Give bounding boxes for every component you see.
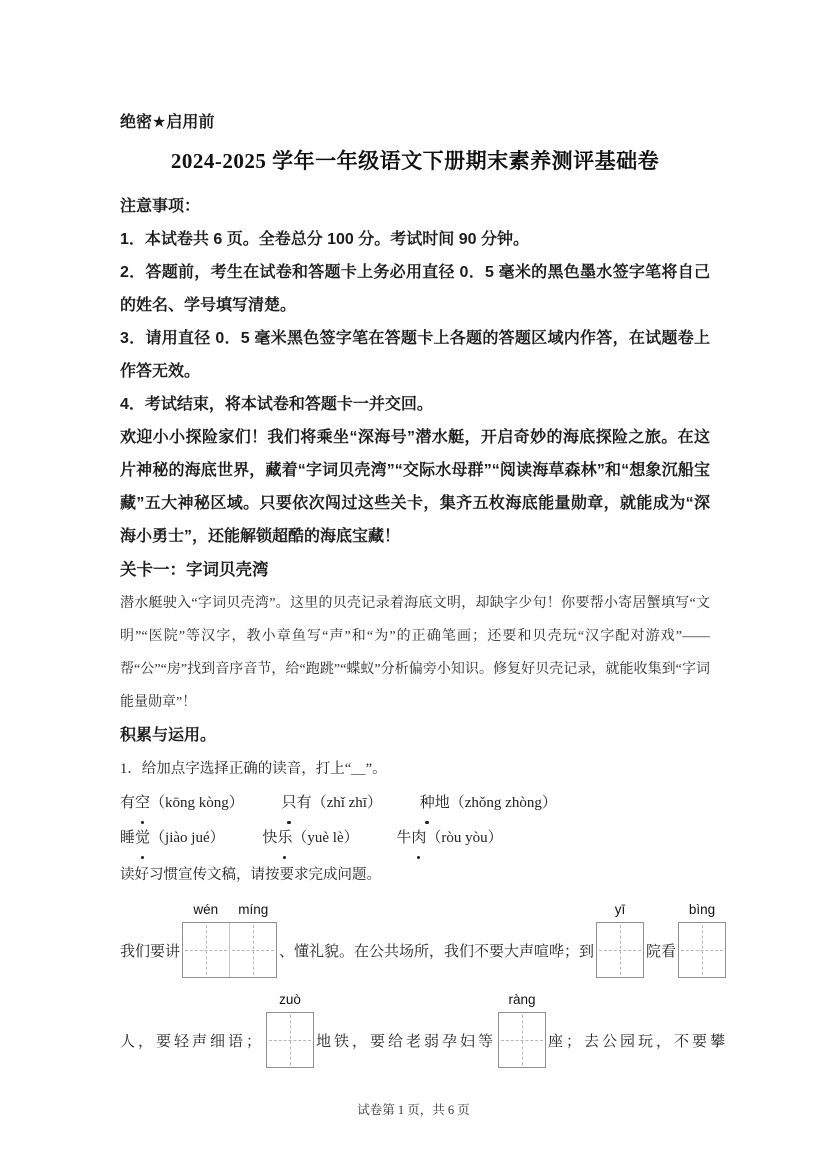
dotted-char: 只 [282,786,297,821]
page-footer: 试卷第 1 页，共 6 页 [0,1100,827,1118]
intro-paragraph: 欢迎小小探险家们！我们将乘坐“深海号”潜水艇，开启奇妙的海底探险之旅。在这片神秘… [120,421,710,553]
text-segment: 院看 [646,940,676,961]
writing-box-wenming[interactable]: wénmíng [182,922,277,978]
tianzige-grid [596,922,644,978]
tianzige-grid [182,922,277,978]
text-segment: 我们要讲 [120,940,180,961]
dotted-char: 空 [135,786,150,821]
notice-item-3: 3．请用直径 0．5 毫米黑色签字笔在答题卡上各题的答题区域内作答，在试题卷上作… [120,322,710,388]
writing-cell [499,1013,545,1067]
dotted-char: 种 [420,786,435,821]
writing-box-bing[interactable]: bìng [678,922,726,978]
word-text: 有 [120,795,135,811]
writing-box-rang[interactable]: ràng [498,1012,546,1068]
pinyin-options: （jiào jué） [150,830,225,846]
writing-cell [183,923,229,977]
pinyin-label-group: yī [596,902,644,918]
pinyin-label: yī [596,902,644,918]
pinyin-label-group: zuò [266,992,314,1008]
notice-heading: 注意事项： [120,190,710,223]
pinyin-options: （ròu yòu） [426,830,502,846]
classification-label: 绝密★启用前 [120,112,710,134]
writing-cell [597,923,643,977]
exam-page: 绝密★启用前 2024-2025 学年一年级语文下册期末素养测评基础卷 注意事项… [0,0,827,1169]
pinyin-label: zuò [266,992,314,1008]
dotted-char: 觉 [135,821,150,856]
word-text: 地 [435,795,450,811]
writing-box-yi[interactable]: yī [596,922,644,978]
pinyin-options: （zhǒng zhòng） [450,795,557,811]
word-text: 牛 [396,830,411,846]
writing-cell [267,1013,313,1067]
tianzige-grid [266,1012,314,1068]
writing-cell [679,923,725,977]
tianzige-grid [498,1012,546,1068]
pinyin-options: （kōng kòng） [150,795,244,811]
pinyin-options: （zhǐ zhī） [312,795,382,811]
text-segment: 、懂礼貌。在公共场所，我们不要大声喧哗；到 [279,940,594,961]
pinyin-choice-item: 种地（zhǒng zhòng） [420,786,557,821]
pinyin-choice-item: 只有（zhǐ zhī） [282,786,382,821]
exam-title: 2024-2025 学年一年级语文下册期末素养测评基础卷 [120,146,710,176]
writing-cell [229,923,276,977]
pinyin-label: ràng [498,992,546,1008]
writing-box-zuo[interactable]: zuò [266,1012,314,1068]
pinyin-label: bìng [678,902,726,918]
fill-in-line-2: 人，要轻声细语； zuò 地铁，要给老弱孕妇等 ràng 座；去公园玩，不要攀 [120,1012,710,1068]
section1-heading: 关卡一：字词贝壳湾 [120,553,710,587]
pinyin-choice-item: 牛肉（ròu yòu） [396,821,502,856]
question1-row-1: 有空（kōng kòng） 只有（zhǐ zhī） 种地（zhǒng zhòng… [120,786,710,821]
question1-prompt: 1．给加点字选择正确的读音，打上“＿”。 [120,753,710,786]
pinyin-label-group: bìng [678,902,726,918]
notice-item-1: 1．本试卷共 6 页。全卷总分 100 分。考试时间 90 分钟。 [120,223,710,256]
pinyin-label-group: wénmíng [182,902,277,918]
text-segment: 人，要轻声细语； [120,1030,264,1051]
fill-in-intro: 读好习惯宣传文稿，请按要求完成问题。 [120,859,710,892]
pinyin-label-group: ràng [498,992,546,1008]
section1-description: 潜水艇驶入“字词贝壳湾”。这里的贝壳记录着海底文明，却缺字少句！你要帮小寄居蟹填… [120,587,710,719]
question1-row-2: 睡觉（jiào jué） 快乐（yuè lè） 牛肉（ròu yòu） [120,821,710,856]
pinyin-choice-item: 快乐（yuè lè） [262,821,358,856]
word-text: 睡 [120,830,135,846]
subsection-heading: 积累与运用。 [120,719,710,753]
tianzige-grid [678,922,726,978]
text-segment: 地铁，要给老弱孕妇等 [316,1030,496,1051]
dotted-char: 肉 [411,821,426,856]
pinyin-label: wén [182,902,230,918]
pinyin-options: （yuè lè） [292,830,358,846]
dotted-char: 乐 [277,821,292,856]
fill-in-line-1: 我们要讲 wénmíng 、懂礼貌。在公共场所，我们不要大声喧哗；到 yī 院看… [120,922,710,978]
word-text: 有 [297,795,312,811]
pinyin-label: míng [230,902,278,918]
notice-item-4: 4．考试结束，将本试卷和答题卡一并交回。 [120,388,710,421]
text-segment: 座；去公园玩，不要攀 [548,1030,728,1051]
pinyin-choice-item: 有空（kōng kòng） [120,786,244,821]
word-text: 快 [262,830,277,846]
pinyin-choice-item: 睡觉（jiào jué） [120,821,225,856]
notice-item-2: 2．答题前，考生在试卷和答题卡上务必用直径 0．5 毫米的黑色墨水签字笔将自己的… [120,256,710,322]
